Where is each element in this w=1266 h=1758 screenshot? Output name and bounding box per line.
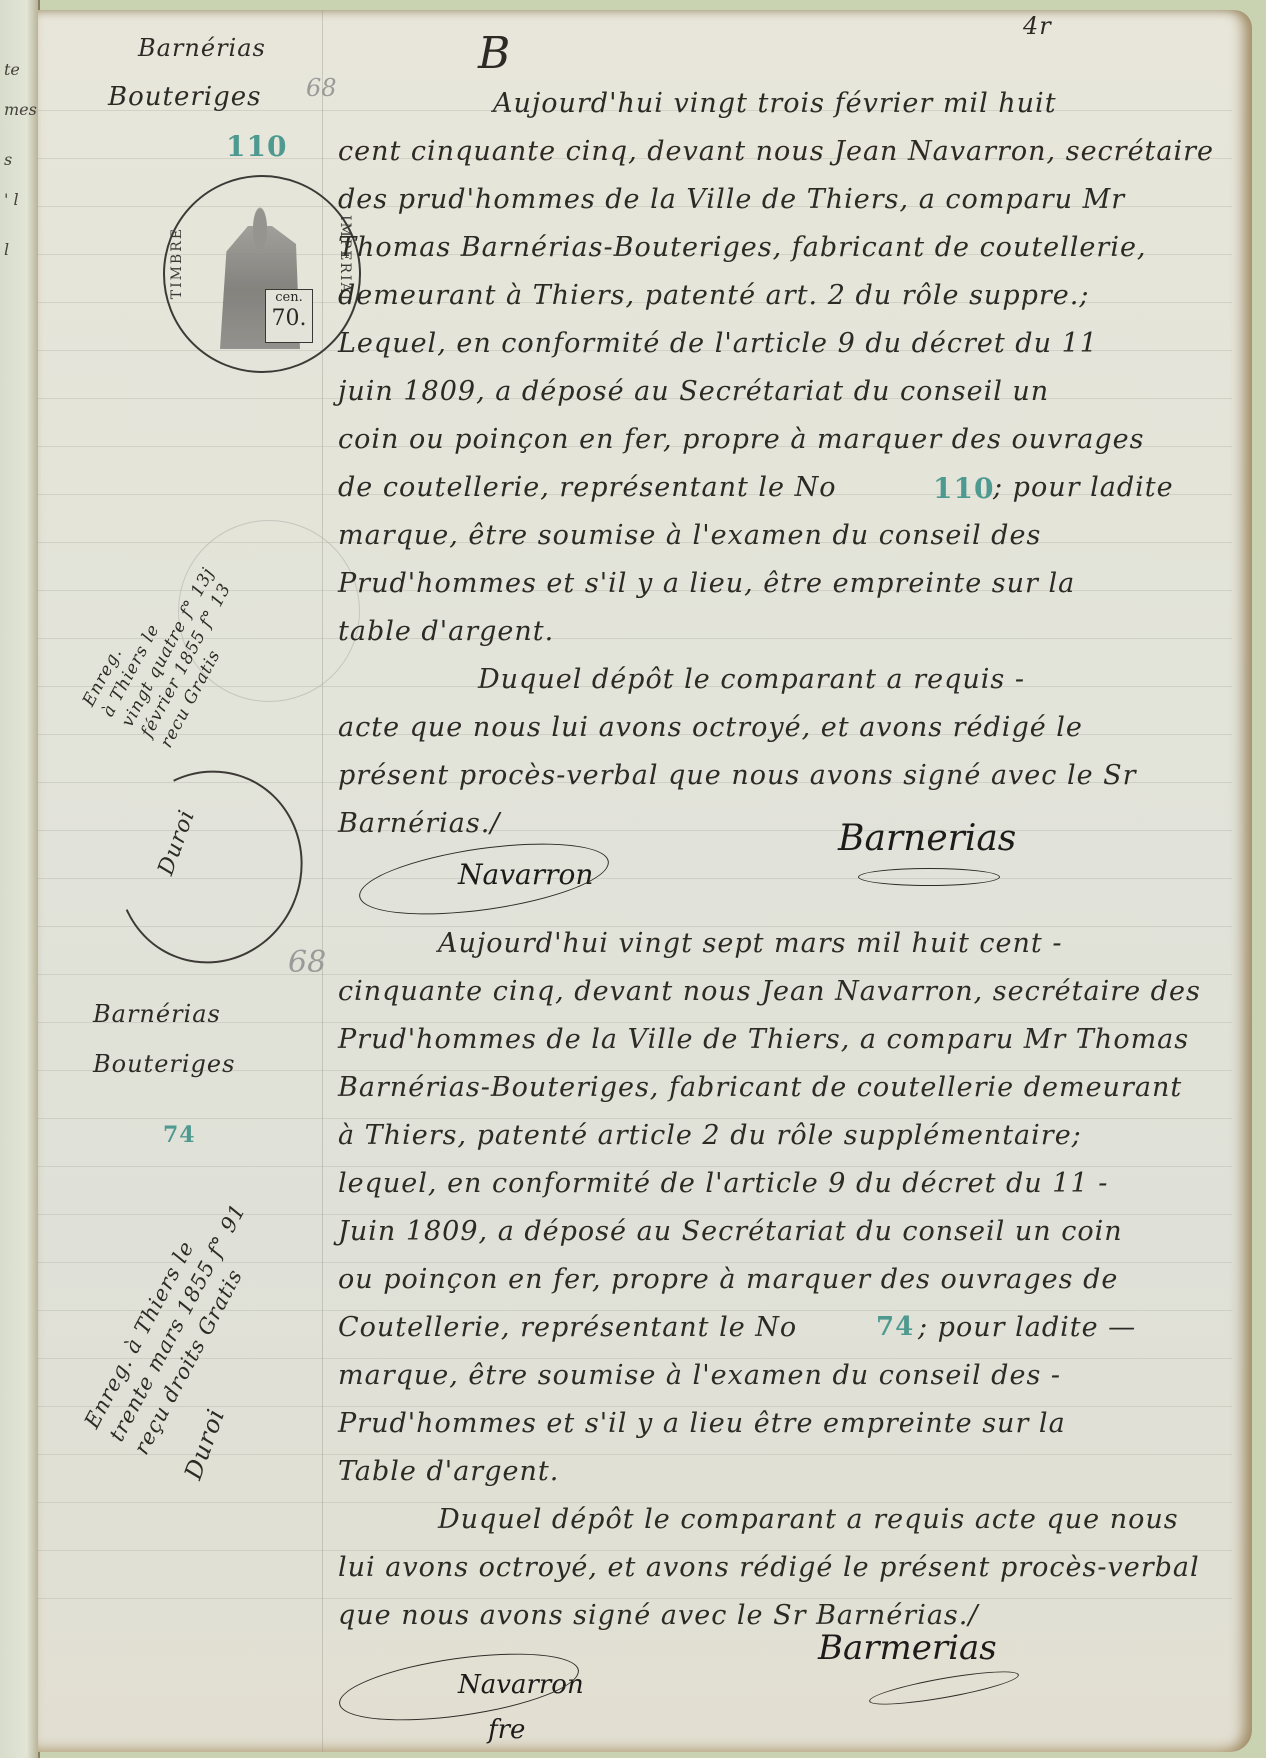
margin-name-line1: Barnérias [93,1000,221,1028]
stamp-number-inline: 74 [876,1312,914,1342]
closing-line: lui avons octroyé, et avons rédigé le pr… [338,1552,1200,1583]
scrap-text: te [4,60,20,79]
closing-line: Duquel dépôt le comparant a requis - [478,664,1025,695]
margin-name-line1: Barnérias [138,34,266,62]
text-line: Aujourd'hui vingt sept mars mil huit cen… [438,928,1062,959]
text-line: cinquante cinq, devant nous Jean Navarro… [338,976,1201,1007]
text-line: demeurant à Thiers, patenté art. 2 du rô… [338,280,1089,311]
text-line: Lequel, en conformité de l'article 9 du … [338,328,1098,359]
stamp-value: 70. [266,306,312,332]
text-line: Prud'hommes et s'il y a lieu, être empre… [338,568,1075,599]
margin-name-line2: Bouteriges [93,1050,235,1078]
text-line-tail: ; pour ladite — [918,1312,1136,1343]
registration-note: Enreg. à Thiers le trente mars 1855 f° 9… [78,1185,277,1459]
text-line: des prud'hommes de la Ville de Thiers, a… [338,184,1125,215]
closing-line: présent procès-verbal que nous avons sig… [338,760,1137,791]
signature-deponent: Barmerias [818,1628,997,1668]
text-line: ou poinçon en fer, propre à marquer des … [338,1264,1118,1295]
text-line: marque, être soumise à l'examen du conse… [338,520,1041,551]
scrap-text: l [4,240,9,259]
secretary-flourish [335,1641,583,1732]
signature-underline [867,1665,1020,1711]
text-line: juin 1809, a déposé au Secrétariat du co… [338,376,1049,407]
text-line: lequel, en conformité de l'article 9 du … [338,1168,1108,1199]
text-line-tail: ; pour ladite [993,472,1174,503]
stamp-value-box: cen. 70. [265,289,313,343]
signature-deponent: Barnerias [838,818,1016,859]
text-line: table d'argent. [338,616,554,647]
secretary-flourish [355,831,613,927]
mark-letter: B [478,28,511,79]
stamp-number: 74 [163,1122,196,1148]
closing-line: que nous avons signé avec le Sr Barnéria… [338,1600,978,1631]
text-line: Aujourd'hui vingt trois février mil huit [493,88,1057,119]
closing-line: Duquel dépôt le comparant a requis acte … [438,1504,1179,1535]
stamp-number: 110 [226,130,287,163]
register-page: 4r Barnérias Bouteriges 68 110 TIMBRE IM… [38,10,1252,1752]
stamp-left-text: TIMBRE [169,227,185,299]
text-line: marque, être soumise à l'examen du conse… [338,1360,1061,1391]
text-line: cent cinquante cinq, devant nous Jean Na… [338,136,1214,167]
text-line: Prud'hommes de la Ville de Thiers, a com… [338,1024,1189,1055]
text-line: à Thiers, patenté article 2 du rôle supp… [338,1120,1082,1151]
text-line: Barnérias-Bouteriges, fabricant de coute… [338,1072,1182,1103]
margin-name-line2: Bouteriges [108,82,261,112]
signature-secretary-suffix: fre [488,1715,525,1745]
stamp-number-inline: 110 [933,472,994,505]
text-line: Table d'argent. [338,1456,559,1487]
pencil-number: 68 [288,945,326,980]
fiscal-stamp: TIMBRE IMPERIAL cen. 70. [163,175,361,373]
text-line: Thomas Barnérias-Bouteriges, fabricant d… [338,232,1147,263]
text-line: de coutellerie, représentant le No [338,472,837,503]
pencil-number: 68 [306,74,337,102]
page-number: 4r [1023,12,1052,40]
registrar-signature: Duroi [179,1405,230,1483]
stamp-cen-label: cen. [266,290,312,306]
text-line: Coutellerie, représentant le No [338,1312,797,1343]
scrap-text: ' l [4,190,19,209]
signature-underline [858,868,1000,886]
text-line: Prud'hommes et s'il y a lieu être emprei… [338,1408,1066,1439]
closing-line: Barnérias./ [338,808,500,839]
scrap-text: mes [4,100,37,119]
adjacent-page-edge: te mes s ' l l [0,0,40,1758]
scrap-text: s [4,150,12,169]
text-line: Juin 1809, a déposé au Secrétariat du co… [338,1216,1123,1247]
closing-line: acte que nous lui avons octroyé, et avon… [338,712,1083,743]
text-line: coin ou poinçon en fer, propre à marquer… [338,424,1145,455]
